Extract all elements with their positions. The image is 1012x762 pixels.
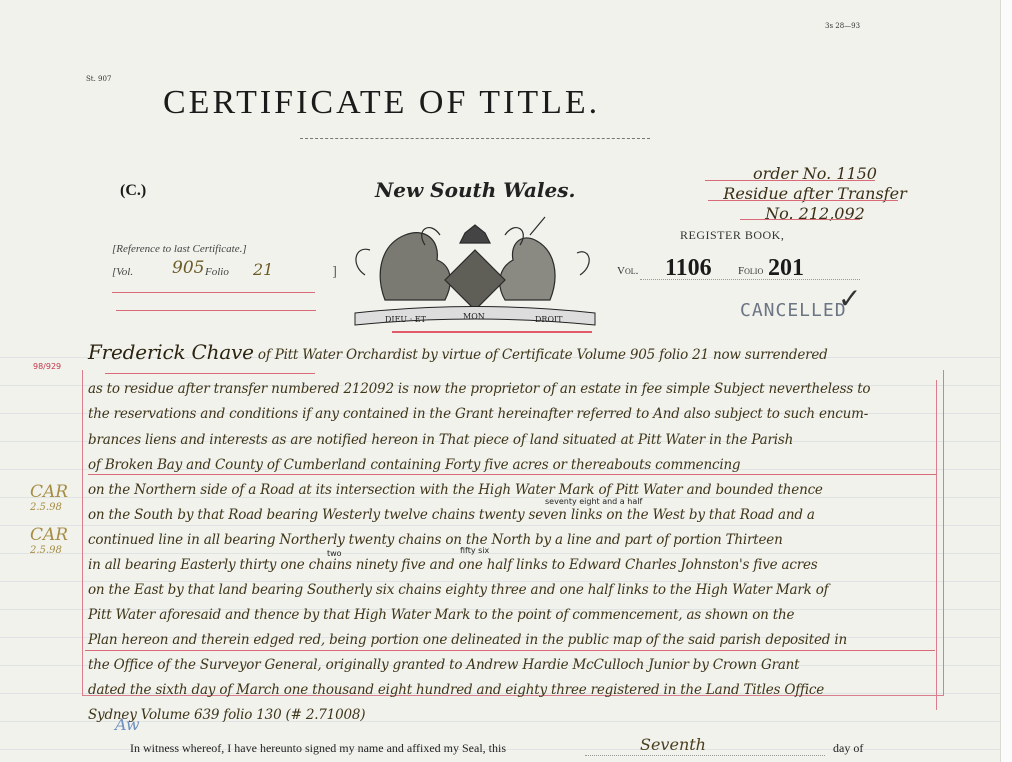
register-dotted-line bbox=[640, 279, 860, 280]
body-line-4: brances liens and interests as are notif… bbox=[88, 432, 793, 448]
body-line-9: in all bearing Easterly thirty one chain… bbox=[88, 557, 818, 573]
reference-line-2 bbox=[116, 310, 316, 311]
reference-line-1 bbox=[112, 292, 315, 293]
coat-of-arms-icon: DIEU · ET MON DROIT bbox=[345, 205, 605, 330]
title-underline bbox=[300, 138, 650, 139]
margin-initials-1: CAR2.5.98 bbox=[30, 485, 68, 515]
order-underline-2 bbox=[708, 200, 898, 201]
body-line-1: Frederick Chave of Pitt Water Orchardist… bbox=[88, 340, 828, 364]
register-vol-value: 1106 bbox=[665, 255, 712, 282]
order-number: order No. 1150 bbox=[705, 164, 925, 184]
order-residue: Residue after Transfer bbox=[705, 184, 925, 204]
body-line-12: Plan hereon and therein edged red, being… bbox=[88, 632, 847, 648]
crest-underline bbox=[392, 331, 592, 333]
reference-folio-label: Folio bbox=[205, 266, 229, 278]
body-line-6: on the Northern side of a Road at its in… bbox=[88, 482, 823, 498]
svg-text:MON: MON bbox=[463, 312, 485, 321]
register-folio-label: Folio bbox=[738, 265, 763, 277]
margin-reference-number: 98/929 bbox=[33, 362, 61, 371]
body-line-13: the Office of the Surveyor General, orig… bbox=[88, 657, 799, 673]
form-code-right: 3s 28—93 bbox=[825, 22, 860, 30]
witness-day-of: day of bbox=[833, 741, 863, 756]
form-code-left: St. 907 bbox=[86, 75, 111, 83]
order-underline-1 bbox=[705, 180, 875, 181]
proprietor-underline bbox=[105, 373, 315, 374]
state-name: New South Wales. bbox=[375, 178, 575, 202]
parish-underline bbox=[88, 474, 936, 475]
witness-day-value: Seventh bbox=[640, 735, 706, 754]
order-transfer-number: No. 212,092 bbox=[705, 204, 925, 224]
witness-text: In witness whereof, I have hereunto sign… bbox=[130, 741, 506, 756]
body-line-2: as to residue after transfer numbered 21… bbox=[88, 381, 870, 397]
register-vol-label: Vol. bbox=[617, 265, 638, 277]
annotation-fifty-six: fifty six bbox=[460, 546, 489, 555]
witness-day-line bbox=[585, 755, 825, 756]
svg-text:DROIT: DROIT bbox=[535, 315, 563, 324]
order-underline-3 bbox=[740, 219, 860, 220]
map-underline bbox=[85, 650, 935, 651]
reference-vol-label: [Vol. bbox=[112, 266, 133, 278]
reference-bracket: ] bbox=[332, 265, 337, 280]
document-title: CERTIFICATE OF TITLE. bbox=[163, 84, 600, 122]
page-edge bbox=[1000, 0, 1012, 762]
proprietor-name: Frederick Chave bbox=[88, 340, 254, 364]
corner-mark: Aw bbox=[115, 715, 140, 734]
body-line-11: Pitt Water aforesaid and thence by that … bbox=[88, 607, 794, 623]
class-label: (C.) bbox=[120, 182, 146, 200]
body-line-8: continued line in all bearing Northerly … bbox=[88, 532, 783, 548]
body-line-5: of Broken Bay and County of Cumberland c… bbox=[88, 457, 740, 473]
body-line-10: on the East by that land bearing Souther… bbox=[88, 582, 828, 598]
reference-folio-value: 21 bbox=[253, 260, 273, 279]
certificate-page: St. 907 3s 28—93 CERTIFICATE OF TITLE. (… bbox=[0, 0, 1000, 762]
cancelled-stamp: CANCELLED bbox=[740, 300, 847, 321]
body-frame-inner bbox=[936, 380, 937, 710]
annotation-two: two bbox=[327, 549, 342, 558]
order-note: order No. 1150 Residue after Transfer No… bbox=[705, 164, 925, 224]
register-folio-value: 201 bbox=[768, 255, 804, 282]
reference-label: [Reference to last Certificate.] bbox=[112, 243, 247, 255]
body-line-3: the reservations and conditions if any c… bbox=[88, 406, 868, 422]
register-book-label: REGISTER BOOK, bbox=[680, 228, 784, 243]
margin-initials-2: CAR2.5.98 bbox=[30, 528, 68, 558]
body-line-14: dated the sixth day of March one thousan… bbox=[88, 682, 824, 698]
checkmark-icon: ✓ bbox=[838, 282, 861, 315]
annotation-seventy-eight: seventy eight and a half bbox=[545, 497, 642, 506]
body-line-7: on the South by that Road bearing Wester… bbox=[88, 507, 815, 523]
reference-vol-value: 905 bbox=[172, 258, 204, 278]
motto-text: DIEU · ET bbox=[385, 315, 427, 324]
